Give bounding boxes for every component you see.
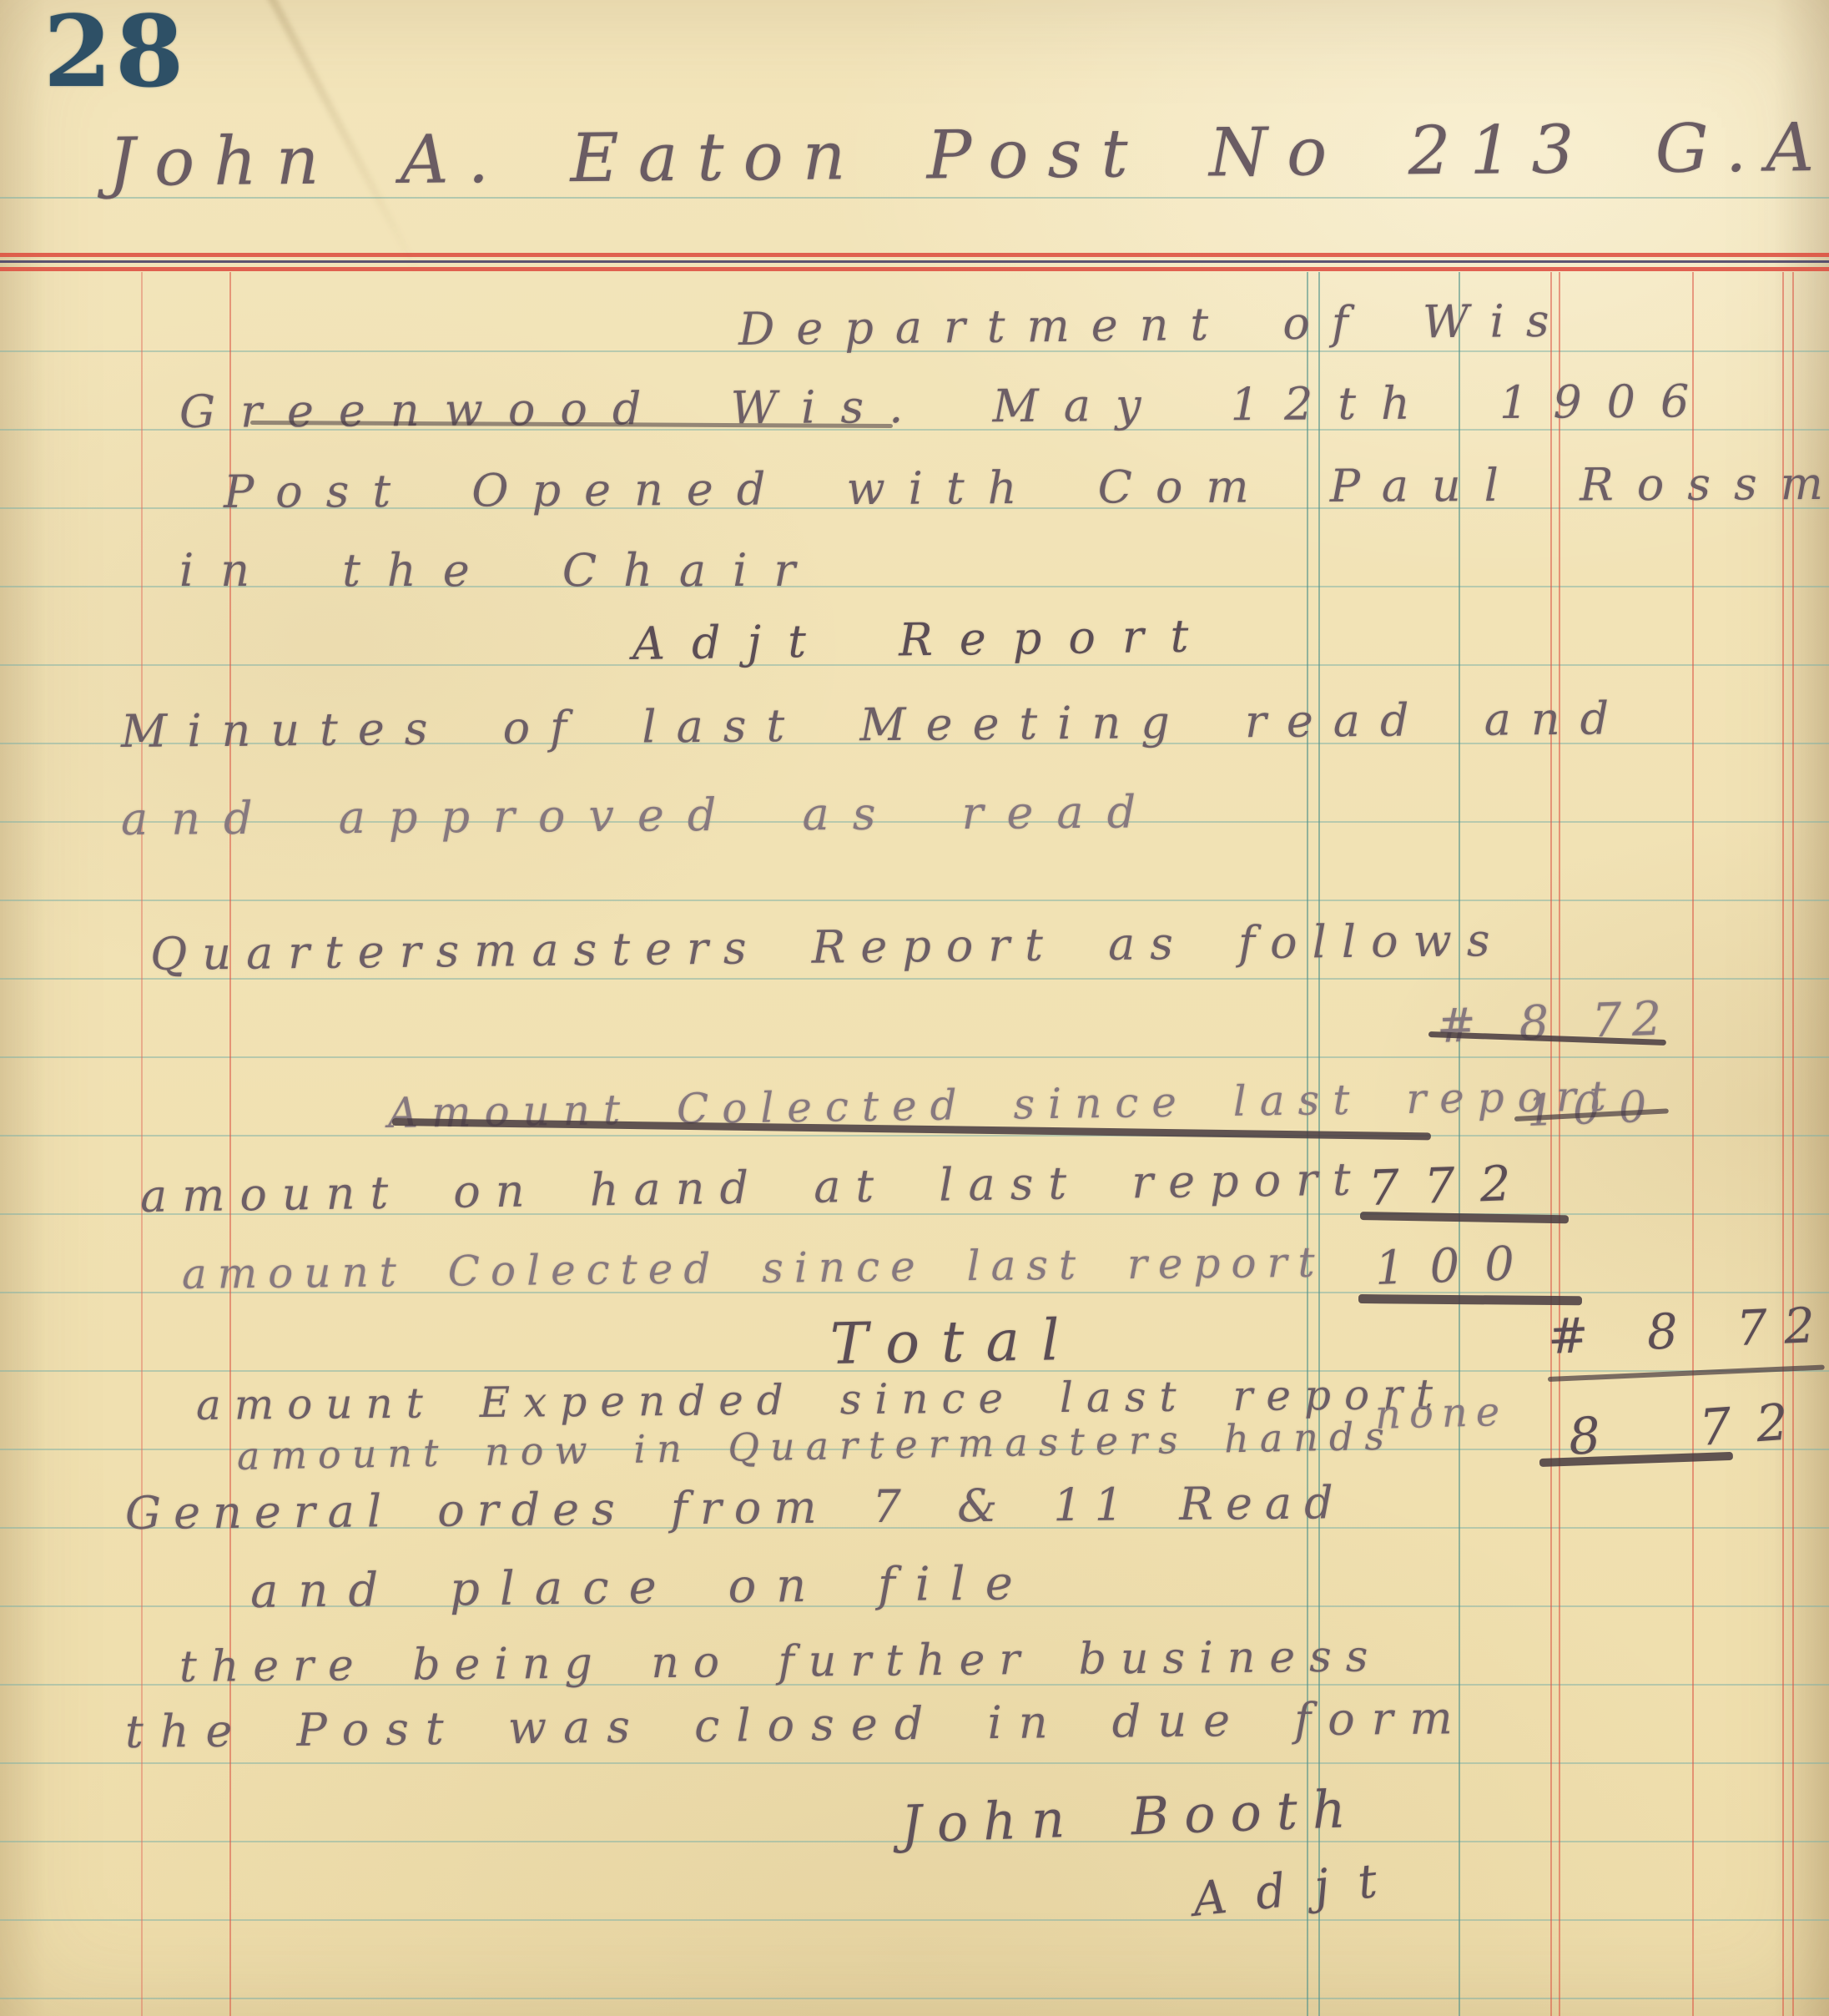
minutes-line-2: and approved as read	[121, 785, 1160, 845]
post-opened-line: Post Opened with Com Paul Rossman	[224, 456, 1829, 518]
place-date-line: Greenwood Wis. May 12th 1906	[179, 375, 1715, 438]
dollars-column-line-2	[1559, 272, 1560, 2016]
cents-column-line	[1692, 272, 1694, 2016]
adjt-report-heading: Adjt Report	[632, 609, 1216, 670]
page-number: 28	[43, 0, 187, 109]
placed-on-file-line: and place on file	[250, 1556, 1033, 1619]
dollars-column-line-1	[1550, 272, 1552, 2016]
general-orders-line: General ordes from 7 & 11 Read	[125, 1476, 1346, 1540]
amount-column-line-1	[1307, 272, 1308, 2016]
row-total-label: Total	[829, 1308, 1081, 1378]
no-further-business-line: there being no further business	[179, 1631, 1383, 1692]
underline-100	[1358, 1294, 1582, 1305]
right-edge-line-1	[1782, 272, 1784, 2016]
row-on-hand-value: 772	[1368, 1154, 1537, 1217]
header-double-red-rule	[0, 253, 1829, 271]
row-collected-value: 100	[1374, 1236, 1540, 1296]
department-line: Department of Wis	[738, 295, 1571, 355]
in-the-chair-line: in the Chair	[179, 544, 822, 597]
right-edge-line-2	[1792, 272, 1794, 2016]
ledger-page: 28 John A. Eaton Post No 213 G.A.R Depar…	[0, 0, 1829, 2016]
amount-column-line-3	[1459, 272, 1460, 2016]
amount-column-line-2	[1318, 272, 1320, 2016]
ledger-title: John A. Eaton Post No 213 G.A.R	[108, 108, 1829, 201]
